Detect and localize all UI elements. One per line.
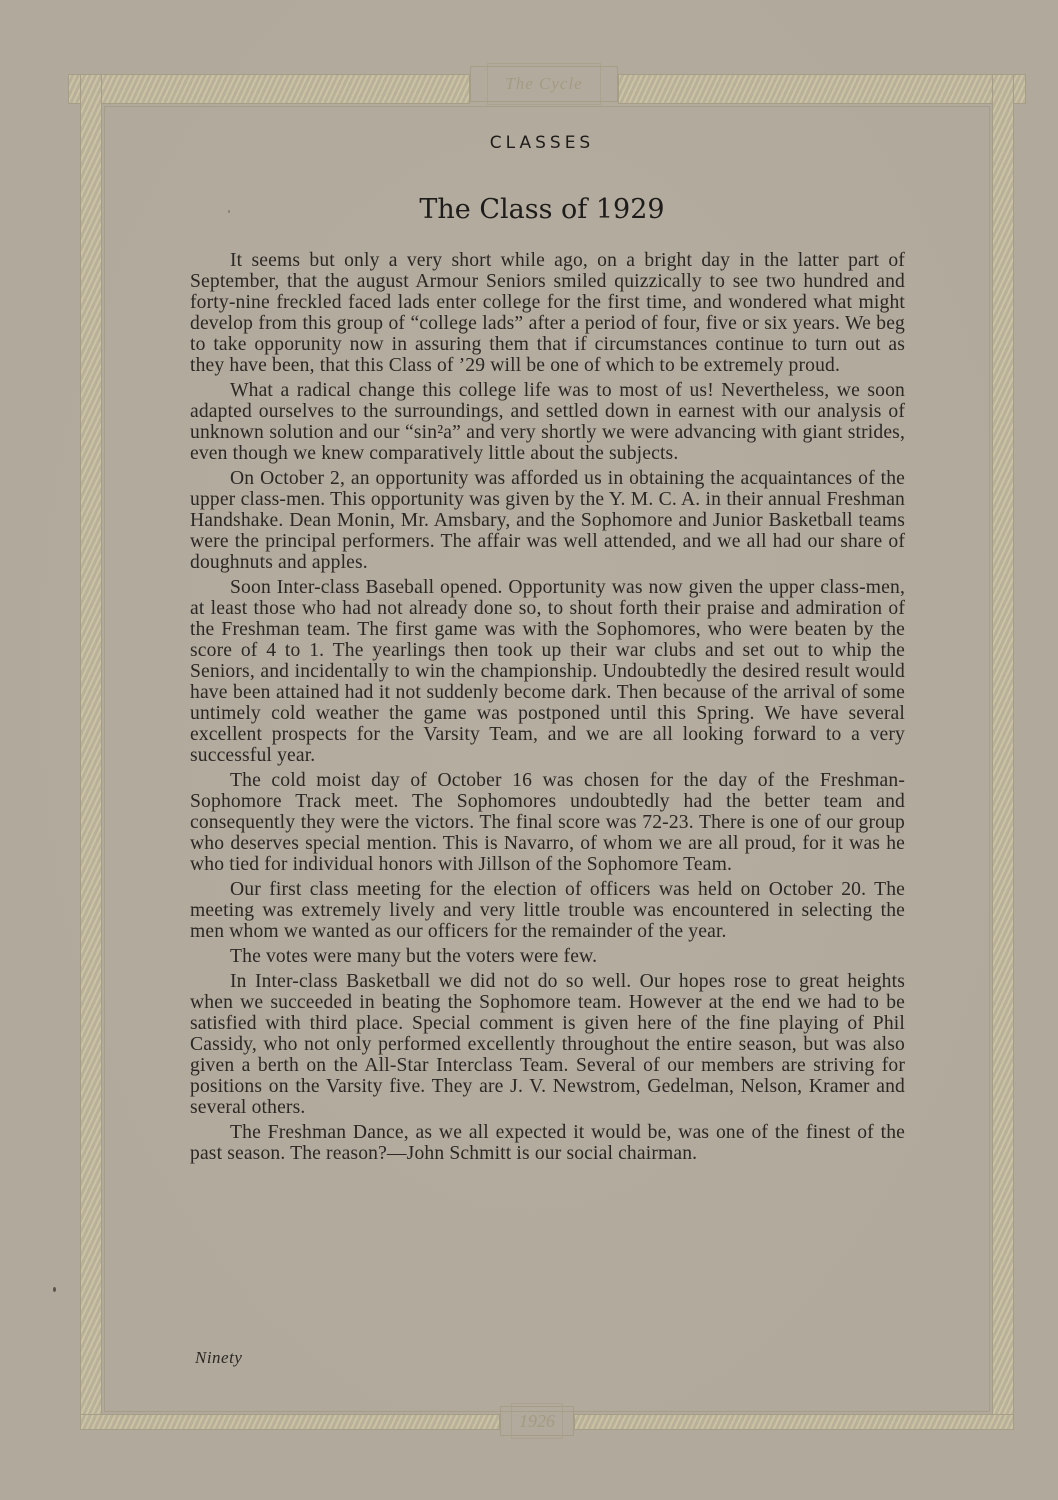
article-body: It seems but only a very short while ago… xyxy=(190,250,905,1168)
cartouche-title: The Cycle xyxy=(505,74,582,93)
paragraph: Our first class meeting for the election… xyxy=(190,879,905,942)
frame-top-left-band xyxy=(68,74,470,104)
paper-speck xyxy=(228,210,230,213)
paragraph: In Inter-class Basketball we did not do … xyxy=(190,971,905,1118)
paragraph: The cold moist day of October 16 was cho… xyxy=(190,770,905,875)
frame-left-band xyxy=(80,74,102,1430)
paragraph: It seems but only a very short while ago… xyxy=(190,250,905,376)
frame-bottom-left-band xyxy=(80,1414,500,1430)
paper-speck xyxy=(53,1287,56,1292)
paragraph: The votes were many but the voters were … xyxy=(190,946,905,967)
page-title: The Class of 1929 xyxy=(0,194,1058,225)
paragraph: Soon Inter-class Baseball opened. Opport… xyxy=(190,577,905,766)
paragraph: On October 2, an opportunity was afforde… xyxy=(190,468,905,573)
header-cartouche: The Cycle xyxy=(470,66,618,102)
footer-cartouche: 1926 xyxy=(500,1406,574,1436)
frame-right-band xyxy=(992,74,1014,1430)
page-number: Ninety xyxy=(195,1348,242,1368)
yearbook-page: The Cycle 1926 CLASSES The Class of 1929… xyxy=(0,0,1058,1500)
frame-bottom-right-band xyxy=(574,1414,1014,1430)
section-label: CLASSES xyxy=(0,133,1058,153)
paragraph: The Freshman Dance, as we all expected i… xyxy=(190,1122,905,1164)
frame-top-right-band xyxy=(618,74,1026,104)
paragraph: What a radical change this college life … xyxy=(190,380,905,464)
cartouche-year: 1926 xyxy=(519,1411,555,1431)
